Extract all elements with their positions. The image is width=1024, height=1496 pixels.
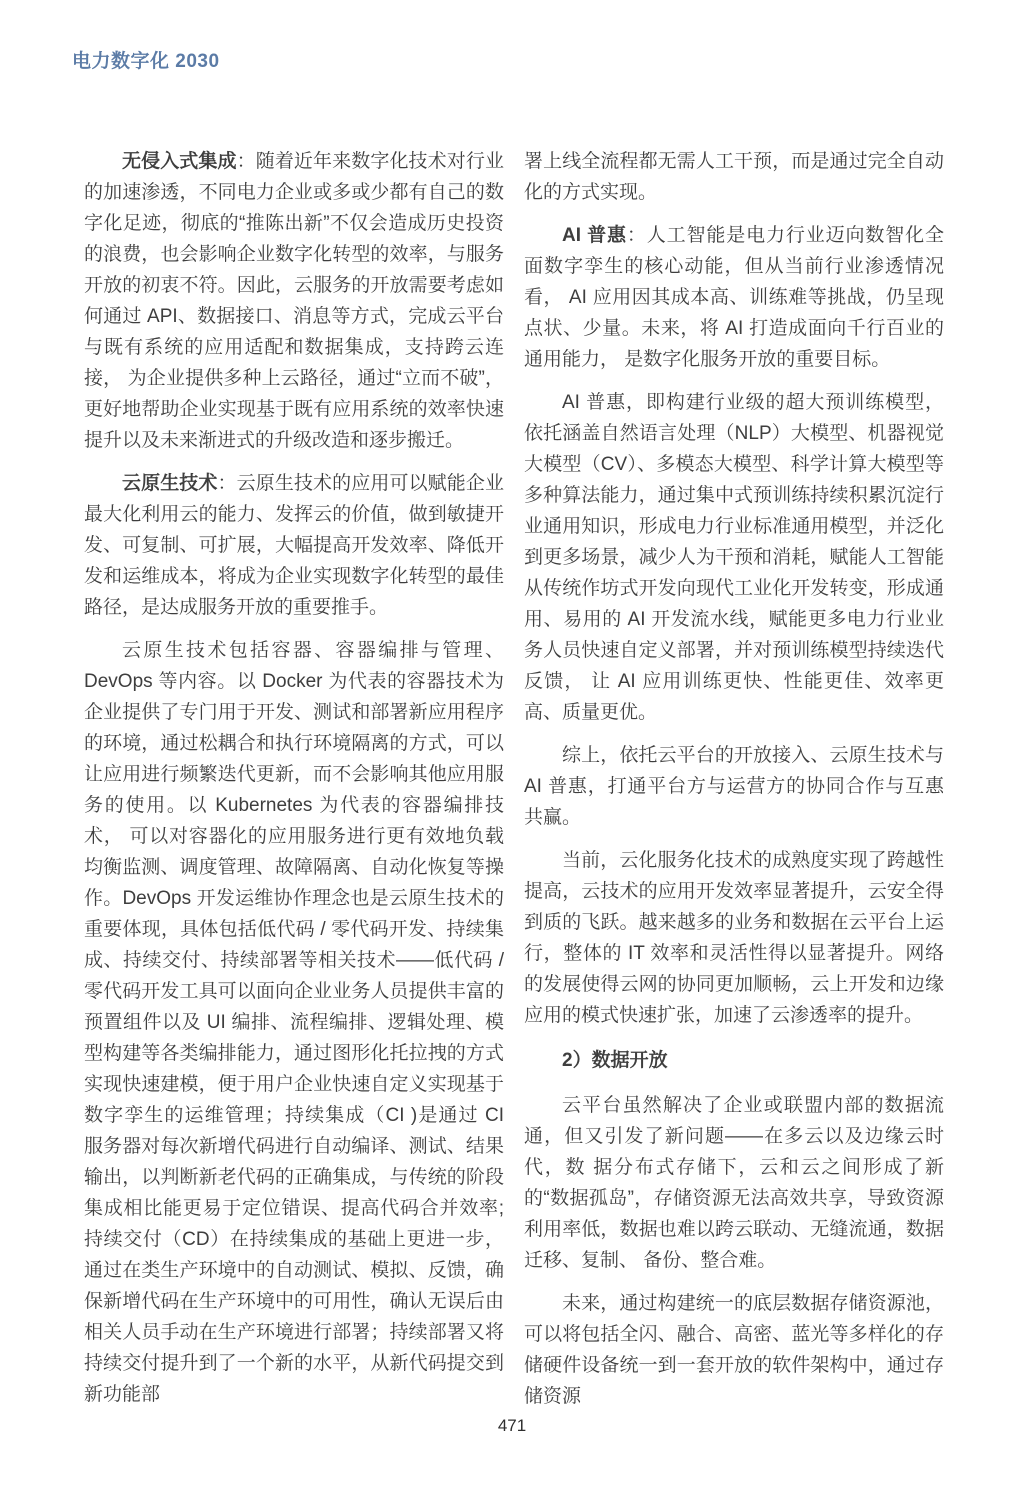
paragraph: 署上线全流程都无需人工干预，而是通过完全自动化的方式实现。 (524, 146, 944, 208)
paragraph-lead: 无侵入式集成 (122, 151, 237, 172)
paragraph: AI 普惠：人工智能是电力行业迈向数智化全面数字孪生的核心动能，但从当前行业渗透… (524, 220, 944, 375)
paragraph-text: ：云原生技术的应用可以赋能企业最大化利用云的能力、发挥云的价值，做到敏捷开发、可… (84, 473, 504, 618)
paragraph: 云原生技术：云原生技术的应用可以赋能企业最大化利用云的能力、发挥云的价值，做到敏… (84, 468, 504, 623)
page-header: 电力数字化 2030 (72, 46, 220, 73)
section-heading: 2）数据开放 (524, 1045, 944, 1076)
paragraph-text: 综上，依托云平台的开放接入、云原生技术与 AI 普惠，打通平台方与运营方的协同合… (524, 745, 944, 828)
paragraph-text: ：人工智能是电力行业迈向数智化全面数字孪生的核心动能，但从当前行业渗透情况看， … (524, 225, 944, 370)
page-footer: 471 (0, 1416, 1024, 1436)
paragraph-lead: AI 普惠 (562, 225, 627, 246)
left-column: 无侵入式集成：随着近年来数字化技术对行业的加速渗透，不同电力企业或多或少都有自己… (84, 146, 504, 1424)
paragraph-text: ：随着近年来数字化技术对行业的加速渗透，不同电力企业或多或少都有自己的数字化足迹… (84, 151, 504, 451)
paragraph-text: AI 普惠，即构建行业级的超大预训练模型，依托涵盖自然语言处理（NLP）大模型、… (524, 392, 944, 723)
paragraph-text: 署上线全流程都无需人工干预，而是通过完全自动化的方式实现。 (524, 151, 944, 203)
document-page: 电力数字化 2030 无侵入式集成：随着近年来数字化技术对行业的加速渗透，不同电… (0, 0, 1024, 1496)
paragraph-text: 云原生技术包括容器、容器编排与管理、DevOps 等内容。以 Docker 为代… (84, 640, 504, 1405)
paragraph: AI 普惠，即构建行业级的超大预训练模型，依托涵盖自然语言处理（NLP）大模型、… (524, 387, 944, 728)
right-column: 署上线全流程都无需人工干预，而是通过完全自动化的方式实现。 AI 普惠：人工智能… (524, 146, 944, 1424)
paragraph-text: 云平台虽然解决了企业或联盟内部的数据流通，但又引发了新问题——在多云以及边缘云时… (524, 1095, 944, 1271)
paragraph: 综上，依托云平台的开放接入、云原生技术与 AI 普惠，打通平台方与运营方的协同合… (524, 740, 944, 833)
paragraph-text: 当前，云化服务化技术的成熟度实现了跨越性提高，云技术的应用开发效率显著提升，云安… (524, 850, 944, 1026)
two-column-body: 无侵入式集成：随着近年来数字化技术对行业的加速渗透，不同电力企业或多或少都有自己… (84, 146, 944, 1424)
book-title: 电力数字化 2030 (72, 51, 220, 72)
paragraph: 云平台虽然解决了企业或联盟内部的数据流通，但又引发了新问题——在多云以及边缘云时… (524, 1090, 944, 1276)
paragraph-text: 未来，通过构建统一的底层数据存储资源池， 可以将包括全闪、融合、高密、蓝光等多样… (524, 1293, 944, 1407)
paragraph: 未来，通过构建统一的底层数据存储资源池， 可以将包括全闪、融合、高密、蓝光等多样… (524, 1288, 944, 1412)
paragraph-lead: 云原生技术 (122, 473, 218, 494)
paragraph: 无侵入式集成：随着近年来数字化技术对行业的加速渗透，不同电力企业或多或少都有自己… (84, 146, 504, 456)
paragraph: 当前，云化服务化技术的成熟度实现了跨越性提高，云技术的应用开发效率显著提升，云安… (524, 845, 944, 1031)
paragraph: 云原生技术包括容器、容器编排与管理、DevOps 等内容。以 Docker 为代… (84, 635, 504, 1410)
page-number: 471 (498, 1416, 526, 1435)
